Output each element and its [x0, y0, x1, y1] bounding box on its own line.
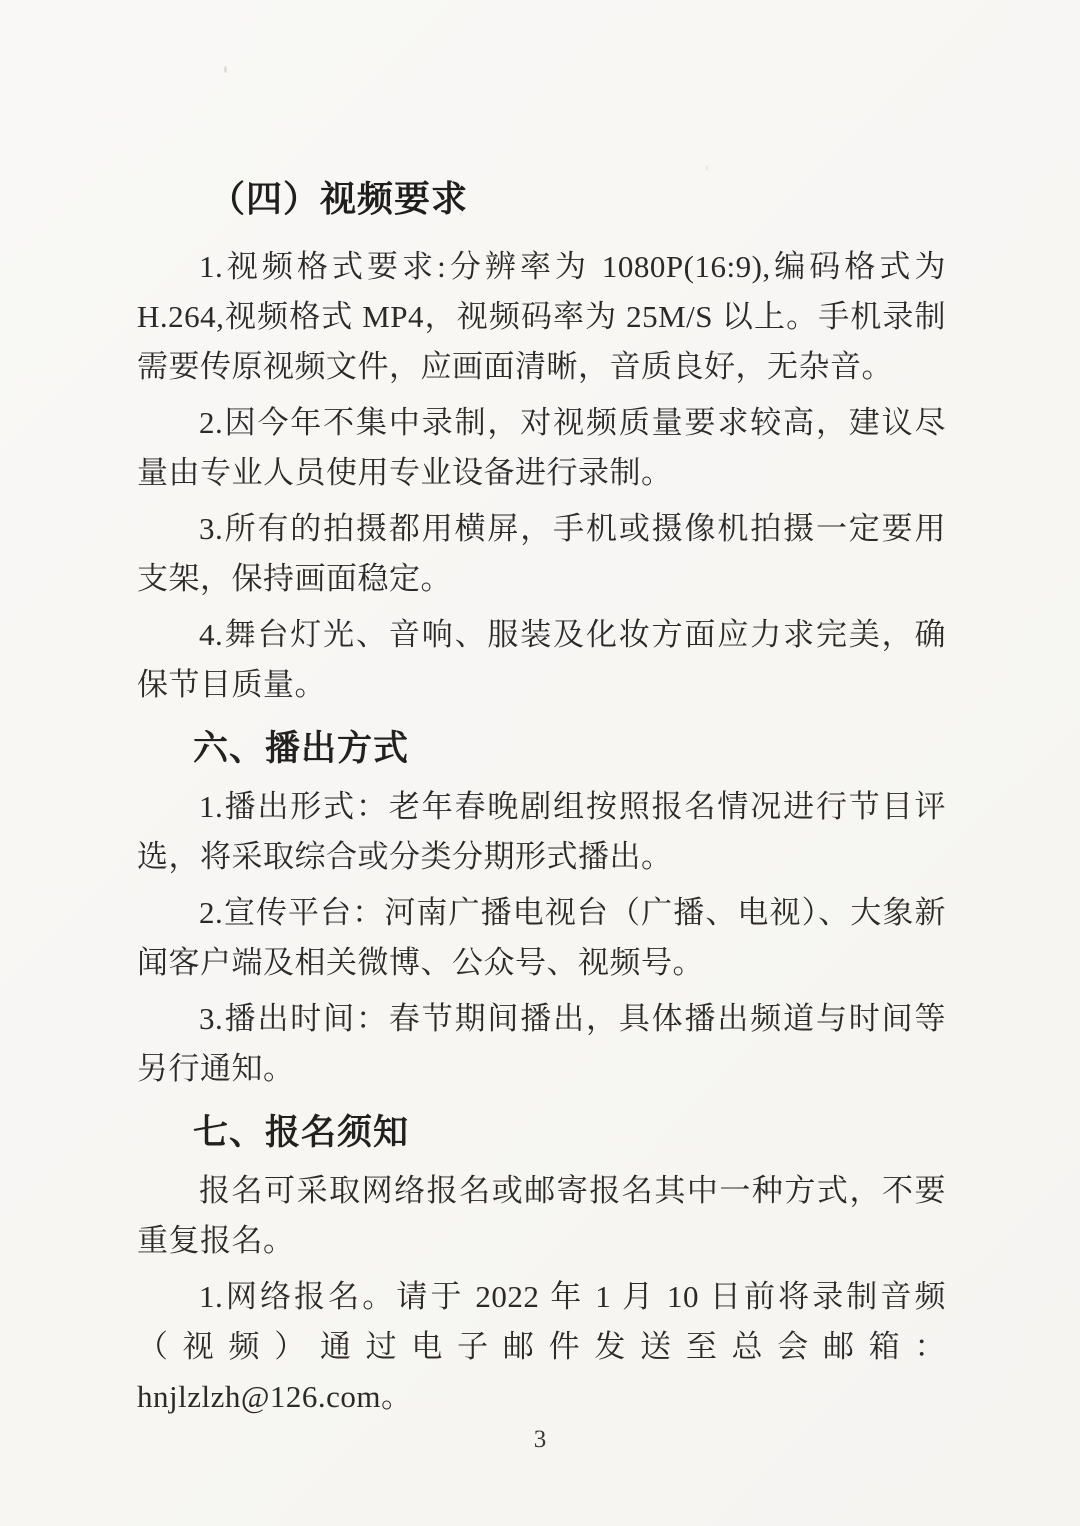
heading-registration-notice: 七、报名须知	[137, 1110, 946, 1156]
para-promotion-platforms: 2.宣传平台：河南广播电视台（广播、电视）、大象新闻客户端及相关微博、公众号、视…	[137, 888, 946, 988]
scan-speck	[706, 165, 708, 171]
page-number: 3	[0, 1426, 1080, 1454]
para-recording-quality: 2.因今年不集中录制，对视频质量要求较高，建议尽量由专业人员使用专业设备进行录制…	[137, 398, 946, 498]
para-landscape-shooting: 3.所有的拍摄都用横屏，手机或摄像机拍摄一定要用支架，保持画面稳定。	[137, 504, 946, 604]
para-broadcast-time: 3.播出时间：春节期间播出，具体播出频道与时间等另行通知。	[137, 994, 946, 1094]
para-registration-method: 报名可采取网络报名或邮寄报名其中一种方式，不要重复报名。	[137, 1166, 946, 1266]
heading-video-requirements: （四）视频要求	[137, 176, 946, 222]
para-broadcast-format: 1.播出形式：老年春晚剧组按照报名情况进行节目评选，将采取综合或分类分期形式播出…	[137, 782, 946, 882]
para-stage-quality: 4.舞台灯光、音响、服装及化妆方面应力求完美，确保节目质量。	[137, 610, 946, 710]
document-content: （四）视频要求 1.视频格式要求:分辨率为 1080P(16:9),编码格式为 …	[0, 0, 1080, 1422]
scan-speck	[459, 212, 463, 216]
scan-speck	[224, 66, 227, 73]
para-video-format: 1.视频格式要求:分辨率为 1080P(16:9),编码格式为 H.264,视频…	[137, 242, 946, 392]
heading-broadcast-method: 六、播出方式	[137, 726, 946, 772]
para-online-registration: 1.网络报名。请于 2022 年 1 月 10 日前将录制音频（视频）通过电子邮…	[137, 1272, 946, 1422]
document-page: （四）视频要求 1.视频格式要求:分辨率为 1080P(16:9),编码格式为 …	[0, 0, 1080, 1526]
